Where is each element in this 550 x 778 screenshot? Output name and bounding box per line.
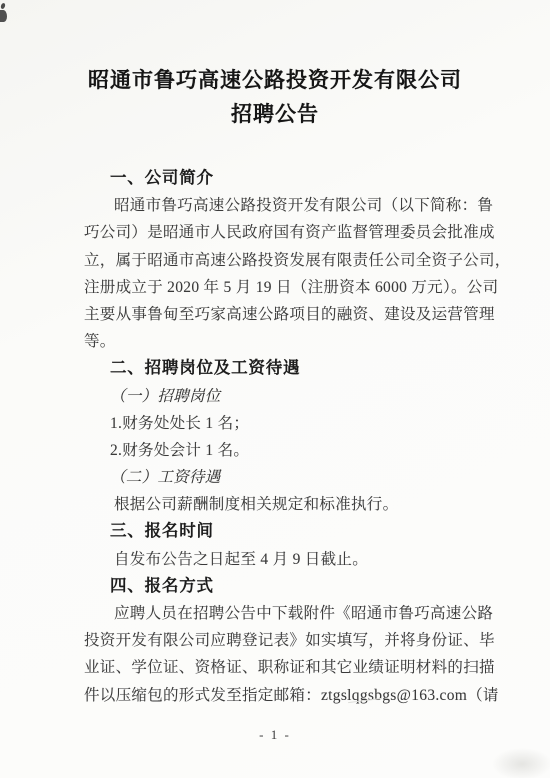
- section-heading-line: 二、招聘岗位及工资待遇: [84, 355, 480, 382]
- scan-artifact-blob: [0, 10, 7, 22]
- list-item-line: 2.财务处会计 1 名。: [84, 437, 480, 464]
- page-number: - 1 -: [259, 727, 291, 743]
- list-item-line: 1.财务处处长 1 名；: [84, 410, 480, 437]
- document-title-line1: 昭通市鲁巧高速公路投资开发有限公司: [0, 64, 550, 98]
- body-text-line: 巧公司）是昭通市人民政府国有资产监督管理委员会批准成: [84, 219, 480, 246]
- body-text-line: 业证、学位证、资格证、职称证和其它业绩证明材料的扫描: [84, 654, 480, 681]
- document-header: 昭通市鲁巧高速公路投资开发有限公司 招聘公告: [0, 0, 550, 132]
- section-heading-line: 四、报名方式: [84, 573, 480, 600]
- page-footer: - 1 -: [0, 726, 550, 744]
- body-text-line: 件以压缩包的形式发至指定邮箱：ztgslqgsbgs@163.com（请: [84, 682, 480, 709]
- sub-heading-line: （二）工资待遇: [84, 464, 480, 491]
- sub-heading-line: （一）招聘岗位: [84, 383, 480, 410]
- body-text-line: 注册成立于 2020 年 5 月 19 日（注册资本 6000 万元）。公司: [84, 274, 480, 301]
- section-heading-line: 三、报名时间: [84, 518, 480, 545]
- document-lines: 一、公司简介昭通市鲁巧高速公路投资开发有限公司（以下简称：鲁巧公司）是昭通市人民…: [84, 165, 480, 709]
- body-text-line: 立，属于昭通市高速公路投资发展有限责任公司全资子公司，: [84, 247, 480, 274]
- body-text-line: 应聘人员在招聘公告中下载附件《昭通市鲁巧高速公路: [84, 600, 480, 627]
- body-text-line: 投资开发有限公司应聘登记表》如实填写，并将身份证、毕: [84, 627, 480, 654]
- document-title-line2: 招聘公告: [0, 98, 550, 132]
- body-text-line: 昭通市鲁巧高速公路投资开发有限公司（以下简称：鲁: [84, 192, 480, 219]
- body-text-line: 主要从事鲁甸至巧家高速公路项目的融资、建设及运营管理: [84, 301, 480, 328]
- scan-artifact-smudge: [492, 748, 550, 778]
- body-text-line: 自发布公告之日起至 4 月 9 日截止。: [84, 546, 480, 573]
- section-heading-line: 一、公司简介: [84, 165, 480, 192]
- body-text-line: 根据公司薪酬制度相关规定和标准执行。: [84, 491, 480, 518]
- body-text-line: 等。: [84, 328, 480, 355]
- document-page: 昭通市鲁巧高速公路投资开发有限公司 招聘公告 一、公司简介昭通市鲁巧高速公路投资…: [0, 0, 550, 778]
